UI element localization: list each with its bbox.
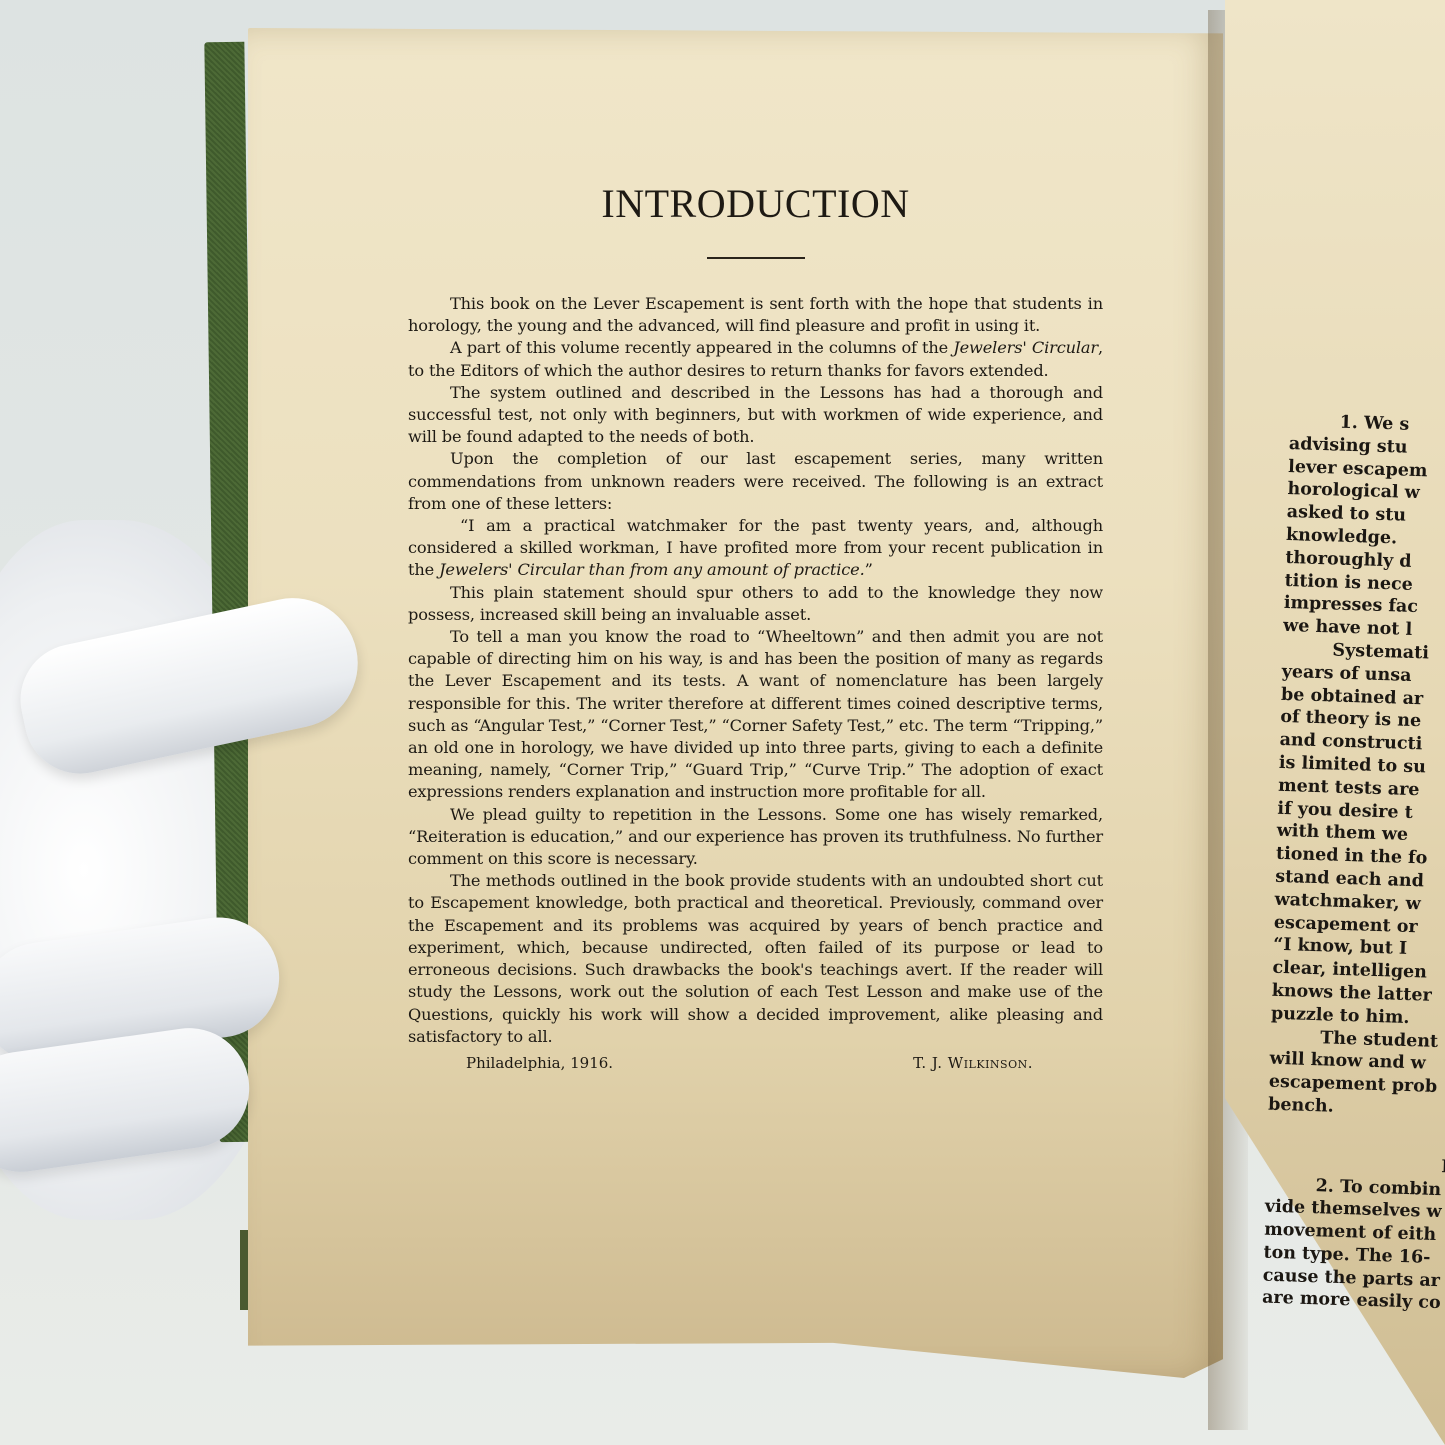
page-title: INTRODUCTION bbox=[408, 180, 1103, 227]
introduction-text-block: INTRODUCTION This book on the Lever Esca… bbox=[408, 170, 1103, 1072]
title-divider bbox=[707, 257, 805, 259]
paragraph-4: Upon the completion of our last escapeme… bbox=[408, 448, 1103, 515]
right-page-text: 1. We s advising stu lever escapem horol… bbox=[1262, 410, 1445, 1319]
signoff: Philadelphia, 1916. T. J. Wilkinson. bbox=[408, 1054, 1103, 1072]
paragraph-3: The system outlined and described in the… bbox=[408, 382, 1103, 449]
right-line: are more easily co bbox=[1262, 1287, 1445, 1319]
paragraph-8: The methods outlined in the book provide… bbox=[408, 870, 1103, 1048]
author-signature: T. J. Wilkinson. bbox=[913, 1054, 1033, 1072]
paragraph-5: This plain statement should spur others … bbox=[408, 582, 1103, 626]
paragraph-7: We plead guilty to repetition in the Les… bbox=[408, 804, 1103, 871]
paragraph-2: A part of this volume recently appeared … bbox=[408, 337, 1103, 381]
paragraph-6: To tell a man you know the road to “Whee… bbox=[408, 626, 1103, 804]
paragraph-1: This book on the Lever Escapement is sen… bbox=[408, 293, 1103, 337]
letter-quote: “I am a practical watchmaker for the pas… bbox=[408, 515, 1103, 582]
place-date: Philadelphia, 1916. bbox=[466, 1054, 613, 1072]
